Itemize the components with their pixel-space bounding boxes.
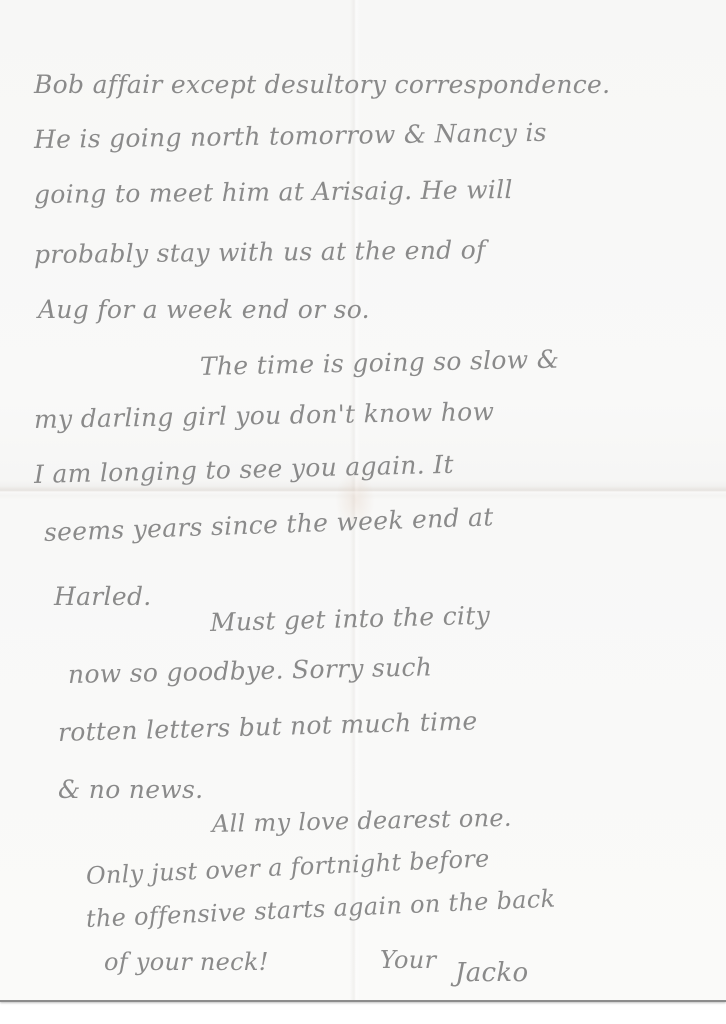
letter-signature: Jacko [455, 958, 528, 988]
letter-line-7: my darling girl you don't know how [34, 397, 495, 434]
letter-line-13: rotten letters but not much time [58, 706, 478, 747]
letter-line-3: going to meet him at Arisaig. He will [34, 175, 513, 209]
scanned-letter-page: Bob affair except desultory corresponden… [0, 0, 726, 1024]
letter-line-6: The time is going so slow & [200, 344, 560, 381]
letter-line-5: Aug for a week end or so. [38, 295, 370, 324]
letter-line-1: Bob affair except desultory corresponden… [34, 70, 610, 99]
letter-line-4: probably stay with us at the end of [34, 235, 486, 269]
letter-line-9: seems years since the week end at [43, 502, 494, 547]
letter-sheet: Bob affair except desultory corresponden… [0, 0, 726, 1002]
letter-valediction: Your [380, 946, 436, 974]
letter-line-14: & no news. [58, 775, 203, 804]
letter-line-8: I am longing to see you again. It [34, 450, 454, 489]
letter-closing-line: All my love dearest one. [212, 804, 512, 838]
letter-line-18: of your neck! [104, 948, 269, 976]
letter-line-12: now so goodbye. Sorry such [68, 652, 433, 689]
letter-line-10: Harled. [54, 582, 152, 611]
letter-line-17: the offensive starts again on the back [85, 885, 556, 933]
letter-line-2: He is going north tomorrow & Nancy is [34, 118, 547, 154]
letter-line-11: Must get into the city [210, 601, 491, 637]
letter-line-16: Only just over a fortnight before [85, 844, 490, 890]
